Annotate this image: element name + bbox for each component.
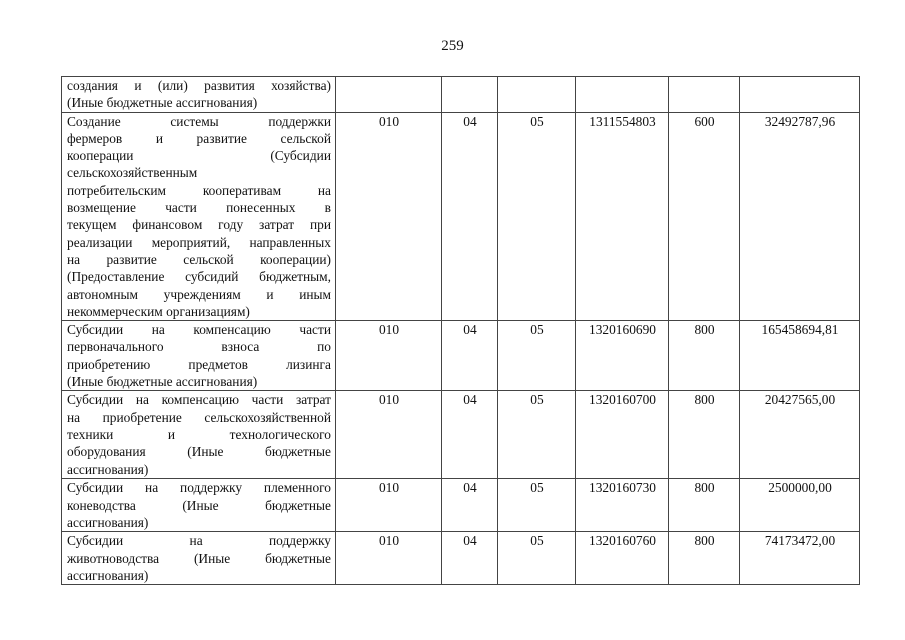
ministry-code-cell <box>336 77 442 113</box>
description-line: некоммерческим организациям) <box>67 303 331 320</box>
subsection-code-cell: 05 <box>498 479 576 532</box>
ministry-code-cell: 010 <box>336 112 442 321</box>
description-line: Субсидии на поддержку племенного <box>67 479 331 496</box>
subsection-code-cell <box>498 77 576 113</box>
amount-cell <box>740 77 860 113</box>
description-cell: создания и (или) развития хозяйства)(Ины… <box>62 77 336 113</box>
description-line: (Иные бюджетные ассигнования) <box>67 94 331 111</box>
description-line: на развитие сельской кооперации) <box>67 251 331 268</box>
description-cell: Субсидии на поддержкуживотноводства (Ины… <box>62 532 336 585</box>
section-code-cell: 04 <box>442 321 498 391</box>
description-cell: Субсидии на компенсацию частипервоначаль… <box>62 321 336 391</box>
subsection-code-cell: 05 <box>498 532 576 585</box>
description-cell: Субсидии на компенсацию части затратна п… <box>62 391 336 479</box>
description-line: ассигнования) <box>67 514 331 531</box>
expense-type-cell: 800 <box>669 479 740 532</box>
description-line: Субсидии на компенсацию части затрат <box>67 391 331 408</box>
description-line: ассигнования) <box>67 567 331 584</box>
description-line: техники и технологического <box>67 426 331 443</box>
description-line: Создание системы поддержки <box>67 113 331 130</box>
ministry-code-cell: 010 <box>336 391 442 479</box>
ministry-code-cell: 010 <box>336 479 442 532</box>
budget-table: создания и (или) развития хозяйства)(Ины… <box>61 76 860 585</box>
amount-cell: 74173472,00 <box>740 532 860 585</box>
description-line: потребительским кооперативам на <box>67 182 331 199</box>
target-article-cell: 1320160700 <box>576 391 669 479</box>
description-line: автономным учреждениям и иным <box>67 286 331 303</box>
description-line: на приобретение сельскохозяйственной <box>67 409 331 426</box>
ministry-code-cell: 010 <box>336 532 442 585</box>
description-line: реализации мероприятий, направленных <box>67 234 331 251</box>
description-line: фермеров и развитие сельской <box>67 130 331 147</box>
expense-type-cell: 800 <box>669 321 740 391</box>
table-row: Создание системы поддержкифермеров и раз… <box>62 112 860 321</box>
description-line: животноводства (Иные бюджетные <box>67 550 331 567</box>
description-line: возмещение части понесенных в <box>67 199 331 216</box>
subsection-code-cell: 05 <box>498 391 576 479</box>
table-row: Субсидии на компенсацию частипервоначаль… <box>62 321 860 391</box>
ministry-code-cell: 010 <box>336 321 442 391</box>
amount-cell: 2500000,00 <box>740 479 860 532</box>
amount-cell: 32492787,96 <box>740 112 860 321</box>
table-row: Субсидии на поддержкуживотноводства (Ины… <box>62 532 860 585</box>
description-line: ассигнования) <box>67 461 331 478</box>
subsection-code-cell: 05 <box>498 321 576 391</box>
description-line: приобретению предметов лизинга <box>67 356 331 373</box>
expense-type-cell: 800 <box>669 532 740 585</box>
amount-cell: 165458694,81 <box>740 321 860 391</box>
section-code-cell <box>442 77 498 113</box>
description-line: (Предоставление субсидий бюджетным, <box>67 268 331 285</box>
target-article-cell: 1320160760 <box>576 532 669 585</box>
target-article-cell: 1311554803 <box>576 112 669 321</box>
description-line: текущем финансовом году затрат при <box>67 216 331 233</box>
table-row: Субсидии на поддержку племенногоконеводс… <box>62 479 860 532</box>
target-article-cell: 1320160730 <box>576 479 669 532</box>
description-line: оборудования (Иные бюджетные <box>67 443 331 460</box>
table-row: Субсидии на компенсацию части затратна п… <box>62 391 860 479</box>
description-line: создания и (или) развития хозяйства) <box>67 77 331 94</box>
description-line: сельскохозяйственным <box>67 164 331 181</box>
subsection-code-cell: 05 <box>498 112 576 321</box>
expense-type-cell: 800 <box>669 391 740 479</box>
description-line: коневодства (Иные бюджетные <box>67 497 331 514</box>
description-line: кооперации (Субсидии <box>67 147 331 164</box>
section-code-cell: 04 <box>442 479 498 532</box>
expense-type-cell <box>669 77 740 113</box>
target-article-cell: 1320160690 <box>576 321 669 391</box>
section-code-cell: 04 <box>442 112 498 321</box>
description-line: первоначального взноса по <box>67 338 331 355</box>
description-cell: Субсидии на поддержку племенногоконеводс… <box>62 479 336 532</box>
section-code-cell: 04 <box>442 532 498 585</box>
description-cell: Создание системы поддержкифермеров и раз… <box>62 112 336 321</box>
description-line: Субсидии на поддержку <box>67 532 331 549</box>
expense-type-cell: 600 <box>669 112 740 321</box>
table-row: создания и (или) развития хозяйства)(Ины… <box>62 77 860 113</box>
description-line: (Иные бюджетные ассигнования) <box>67 373 331 390</box>
section-code-cell: 04 <box>442 391 498 479</box>
description-line: Субсидии на компенсацию части <box>67 321 331 338</box>
target-article-cell <box>576 77 669 113</box>
page-number: 259 <box>0 38 905 55</box>
amount-cell: 20427565,00 <box>740 391 860 479</box>
